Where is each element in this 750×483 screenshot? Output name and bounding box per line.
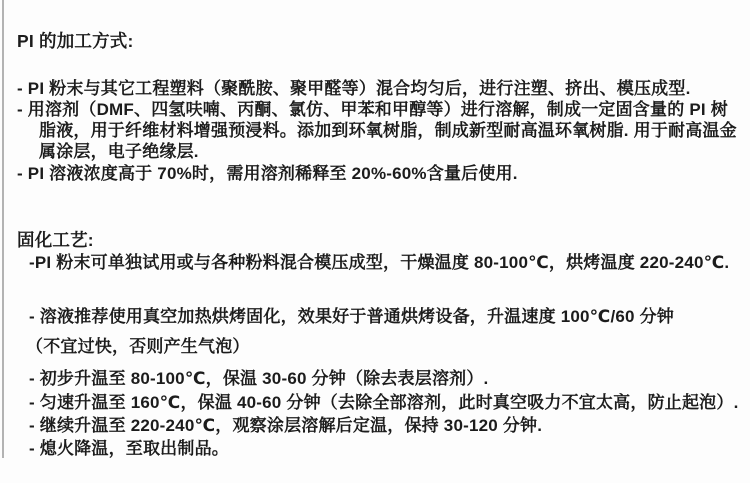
section2-bullet5: - 继续升温至 220-240℃，观察涂层溶解后定温，保持 30-120 分钟.: [29, 416, 542, 435]
section1-bullet1: - PI 粉末与其它工程塑料（聚酰胺、聚甲醛等）混合均匀后，进行注塑、挤出、模压…: [17, 79, 691, 98]
section2-bullet1: -PI 粉末可单独试用或与各种粉料混合模压成型，干燥温度 80-100℃，烘烤温…: [29, 253, 729, 272]
section1-title: PI 的加工方式:: [17, 32, 134, 51]
section1-bullet2-line3: 属涂层，电子绝缘层.: [39, 142, 199, 161]
section2-bullet2-line2: （不宜过快，否则产生气泡）: [26, 337, 250, 356]
section1-bullet2-line2: 脂液，用于纤维材料增强预浸料。添加到环氧树脂，制成新型耐高温环氧树脂. 用于耐高…: [39, 121, 737, 140]
section2-bullet3: - 初步升温至 80-100℃，保温 30-60 分钟（除去表层溶剂）.: [29, 369, 488, 388]
section1-bullet2-line1: - 用溶剂（DMF、四氢呋喃、丙酮、氯仿、甲苯和甲醇等）进行溶解，制成一定固含量…: [17, 100, 728, 119]
section2-title: 固化工艺:: [17, 231, 94, 250]
section2-bullet6: - 熄火降温，至取出制品。: [29, 439, 229, 458]
section1-bullet3: - PI 溶液浓度高于 70%时，需用溶剂稀释至 20%-60%含量后使用.: [17, 164, 518, 183]
document-page: PI 的加工方式: - PI 粉末与其它工程塑料（聚酰胺、聚甲醛等）混合均匀后，…: [0, 0, 750, 483]
scan-edge-line: [2, 0, 4, 458]
section2-bullet2-line1: - 溶液推荐使用真空加热烘烤固化，效果好于普通烘烤设备，升温速度 100℃/60…: [29, 307, 674, 326]
section2-bullet4: - 匀速升温至 160℃，保温 40-60 分钟（去除全部溶剂，此时真空吸力不宜…: [29, 393, 739, 412]
